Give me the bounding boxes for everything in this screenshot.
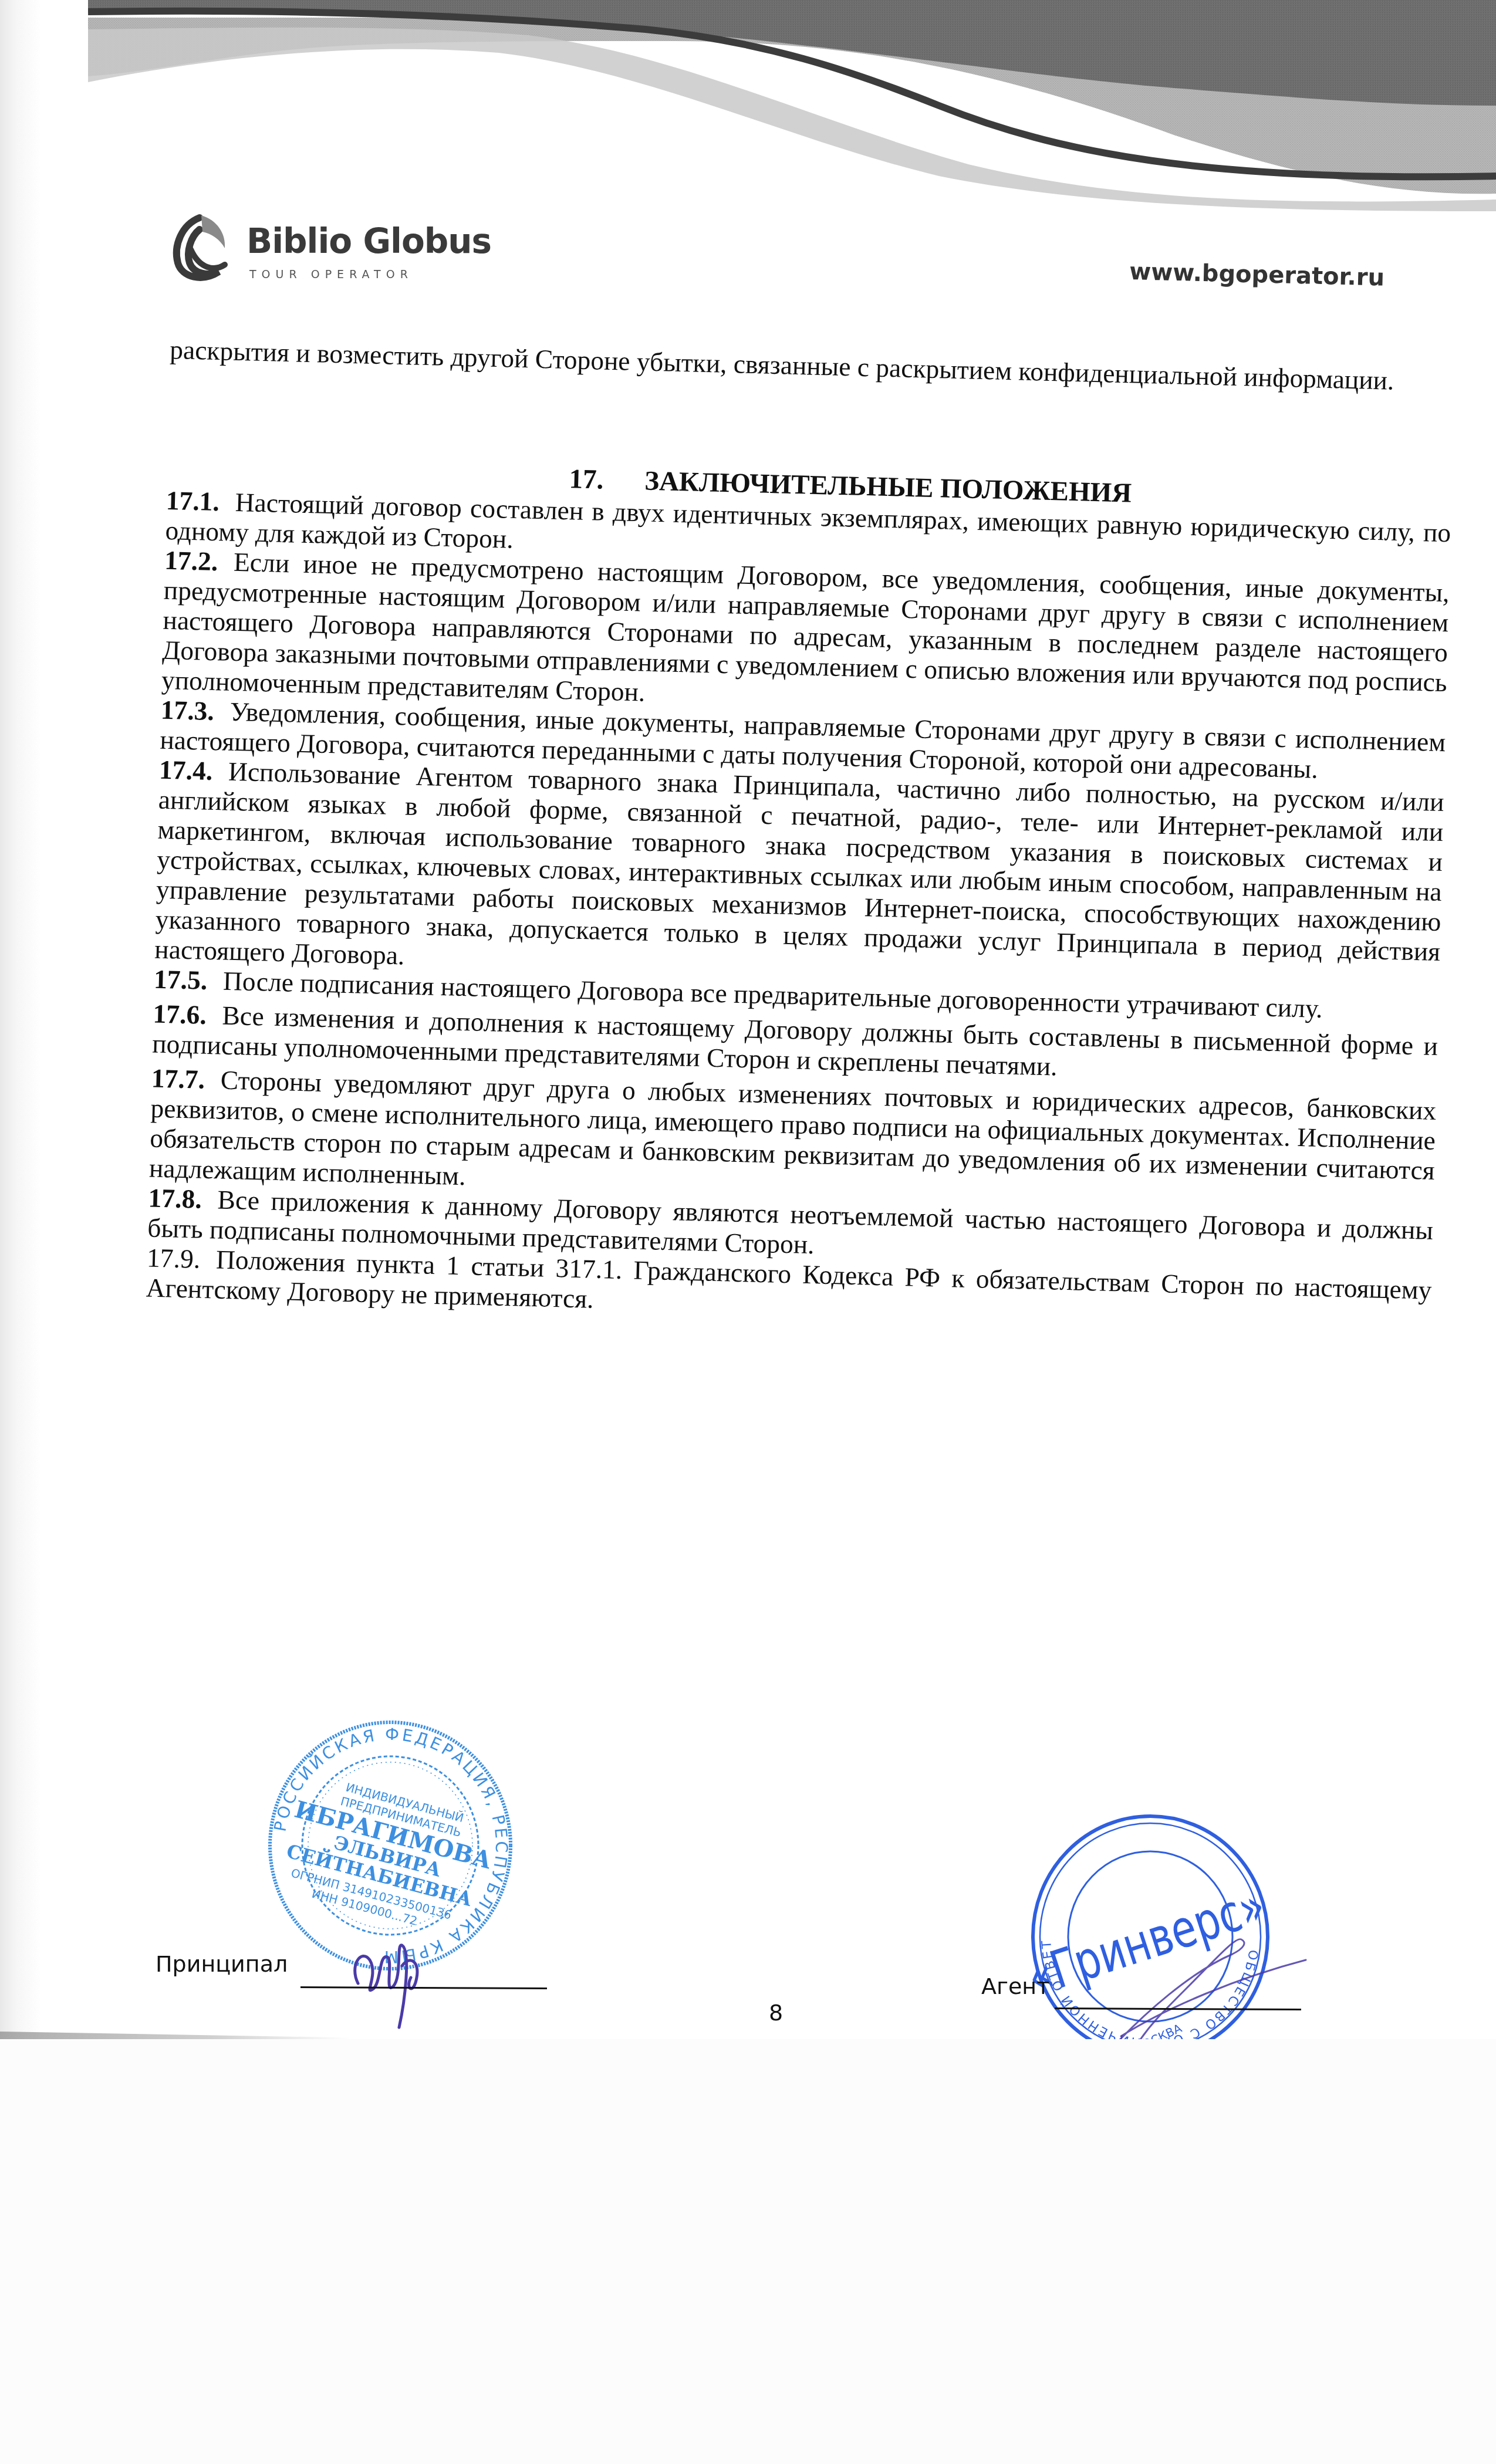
continuation-paragraph: раскрытия и возместить другой Стороне уб… xyxy=(170,334,1456,397)
section-number: 17. xyxy=(569,462,604,496)
principal-signature xyxy=(346,1931,434,2030)
scanned-page: Biblio Globus TOUR OPERATOR www.bgoperat… xyxy=(0,0,1496,2039)
brand-logo: Biblio Globus TOUR OPERATOR xyxy=(167,208,519,290)
biblio-globus-logo-icon xyxy=(167,213,232,283)
clause-number: 17.1. xyxy=(166,485,235,517)
clause-number: 17.5. xyxy=(154,964,224,996)
agent-label: Агент xyxy=(981,1973,1049,1999)
header-wave-graphic xyxy=(88,0,1496,211)
clause-17-4: 17.4.Использование Агентом товарного зна… xyxy=(154,755,1444,996)
document-body: раскрытия и возместить другой Стороне уб… xyxy=(146,334,1455,1335)
brand-tagline: TOUR OPERATOR xyxy=(249,268,413,281)
brand-name: Biblio Globus xyxy=(246,221,491,261)
principal-label: Принципал xyxy=(156,1951,288,1977)
clause-number: 17.4. xyxy=(159,755,229,786)
website-link[interactable]: www.bgoperator.ru xyxy=(1129,258,1385,292)
clause-number: 17.7. xyxy=(151,1063,221,1095)
page-number: 8 xyxy=(769,2000,783,2026)
clause-number: 17.3. xyxy=(160,695,230,726)
clause-text: Использование Агентом товарного знака Пр… xyxy=(154,756,1444,971)
agent-signature xyxy=(1097,1936,1309,2039)
clause-number: 17.2. xyxy=(164,545,234,577)
clause-number: 17.6. xyxy=(153,999,222,1030)
scan-bottom-edge xyxy=(0,2032,352,2039)
clause-number: 17.8. xyxy=(148,1183,218,1215)
scan-edge-shadow xyxy=(0,0,41,2039)
clause-number: 17.9. xyxy=(147,1243,217,1275)
